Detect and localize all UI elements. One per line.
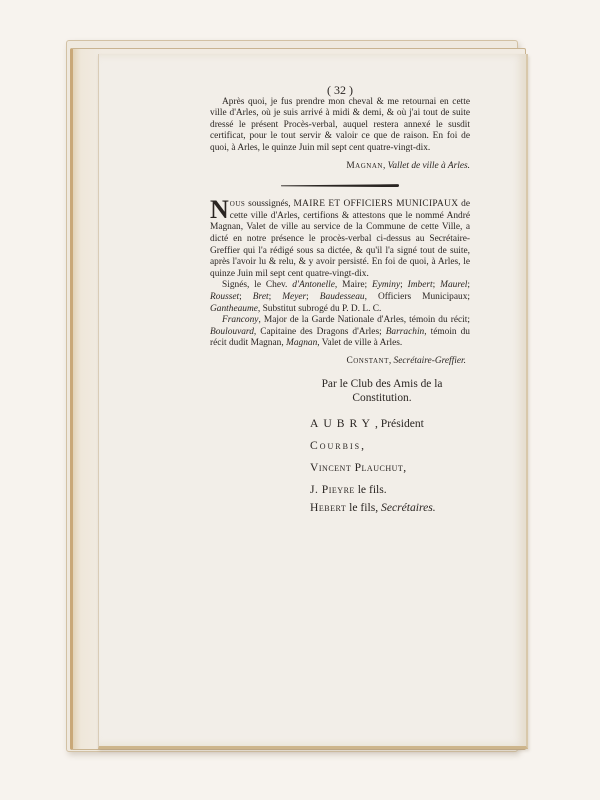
page-text: ( 32 ) Après quoi, je fus prendre mon ch… <box>210 85 470 515</box>
text-segment: ; <box>239 292 253 302</box>
text-segment: soussignés, <box>245 199 293 209</box>
text-segment: ; <box>467 280 470 290</box>
text-segment: de cette ville d'Arles, certifions & att… <box>210 199 470 279</box>
signature-name: Constant <box>346 356 388 366</box>
paragraph-certification: Nous soussignés, MAIRE ET OFFICIERS MUNI… <box>210 199 470 280</box>
member-role: , <box>403 461 406 474</box>
text-segment: ; <box>306 292 320 302</box>
member-role: , <box>361 439 364 452</box>
officials-heading: MAIRE ET OFFICIERS MUNICIPAUX <box>294 199 459 209</box>
member-name: Vincent Plauchut <box>310 461 403 474</box>
page-number: ( 32 ) <box>210 85 470 97</box>
signature-name: Magnan <box>346 161 383 171</box>
signatory-name: Baudesseau <box>320 292 365 302</box>
club-heading: Par le Club des Amis de la Constitution. <box>307 377 457 405</box>
signature-magnan: Magnan, Vallet de ville à Arles. <box>210 161 470 173</box>
paragraph-proces-verbal: Après quoi, je fus prendre mon cheval & … <box>210 97 470 155</box>
text-segment: , Valet de ville à Arles. <box>317 338 402 348</box>
club-members: AUBRY, Président Courbis, Vincent Plauch… <box>310 413 470 515</box>
member-role: le fils, <box>346 501 381 514</box>
text-segment: ; <box>269 292 283 302</box>
member-name: AUBRY <box>310 417 375 430</box>
text-segment: Signés, le Chev. <box>222 280 292 290</box>
member-name: Courbis <box>310 439 361 452</box>
text-segment: ; <box>400 280 408 290</box>
signatory-name: Imbert <box>408 280 433 290</box>
signatory-name: Maurel <box>440 280 467 290</box>
paragraph-witnesses: Francony, Major de la Garde Nationale d'… <box>210 315 470 350</box>
signatory-name: Rousset <box>210 292 239 302</box>
text-segment: , Maire; <box>335 280 372 290</box>
signature-constant: Constant, Secrétaire-Greffier. <box>210 356 466 368</box>
text-segment: , Officiers Municipaux; <box>365 292 470 302</box>
member-hebert: Hebert le fils, Secrétaires. <box>310 501 470 515</box>
member-aubry: AUBRY, Président <box>310 413 470 435</box>
member-pieyre: J. Pieyre le fils. <box>310 479 470 501</box>
member-courbis: Courbis, <box>310 435 470 457</box>
text-segment: , Substitut subrogé du P. D. L. C. <box>258 304 381 314</box>
member-role-italic: Secrétaires. <box>381 501 451 515</box>
member-role: , Président <box>375 417 424 430</box>
witness-name: Boulouvard <box>210 327 254 337</box>
signatory-name: Gantheaume <box>210 304 258 314</box>
signatory-name: d'Antonelle <box>292 280 335 290</box>
section-divider <box>281 184 399 187</box>
drop-cap: N <box>210 199 229 221</box>
member-name: J. Pieyre <box>310 483 355 496</box>
witness-name: Francony <box>222 315 258 325</box>
witness-name: Barrachin <box>386 327 425 337</box>
opening-word: ous <box>230 199 246 209</box>
text-segment: , Capitaine des Dragons d'Arles; <box>254 327 386 337</box>
member-role: le fils. <box>355 483 387 496</box>
signature-title: , Secrétaire-Greffier. <box>389 356 466 366</box>
member-plauchut: Vincent Plauchut, <box>310 457 470 479</box>
text-segment: , Major de la Garde Nationale d'Arles, t… <box>258 315 470 325</box>
signature-title: , Vallet de ville à Arles. <box>383 161 470 171</box>
member-name: Hebert <box>310 501 346 514</box>
signatory-name: Bret <box>253 292 269 302</box>
witness-name: Magnan <box>286 338 317 348</box>
signatory-name: Meyer <box>282 292 306 302</box>
signatory-name: Eyminy <box>372 280 400 290</box>
paragraph-signatories: Signés, le Chev. d'Antonelle, Maire; Eym… <box>210 280 470 315</box>
